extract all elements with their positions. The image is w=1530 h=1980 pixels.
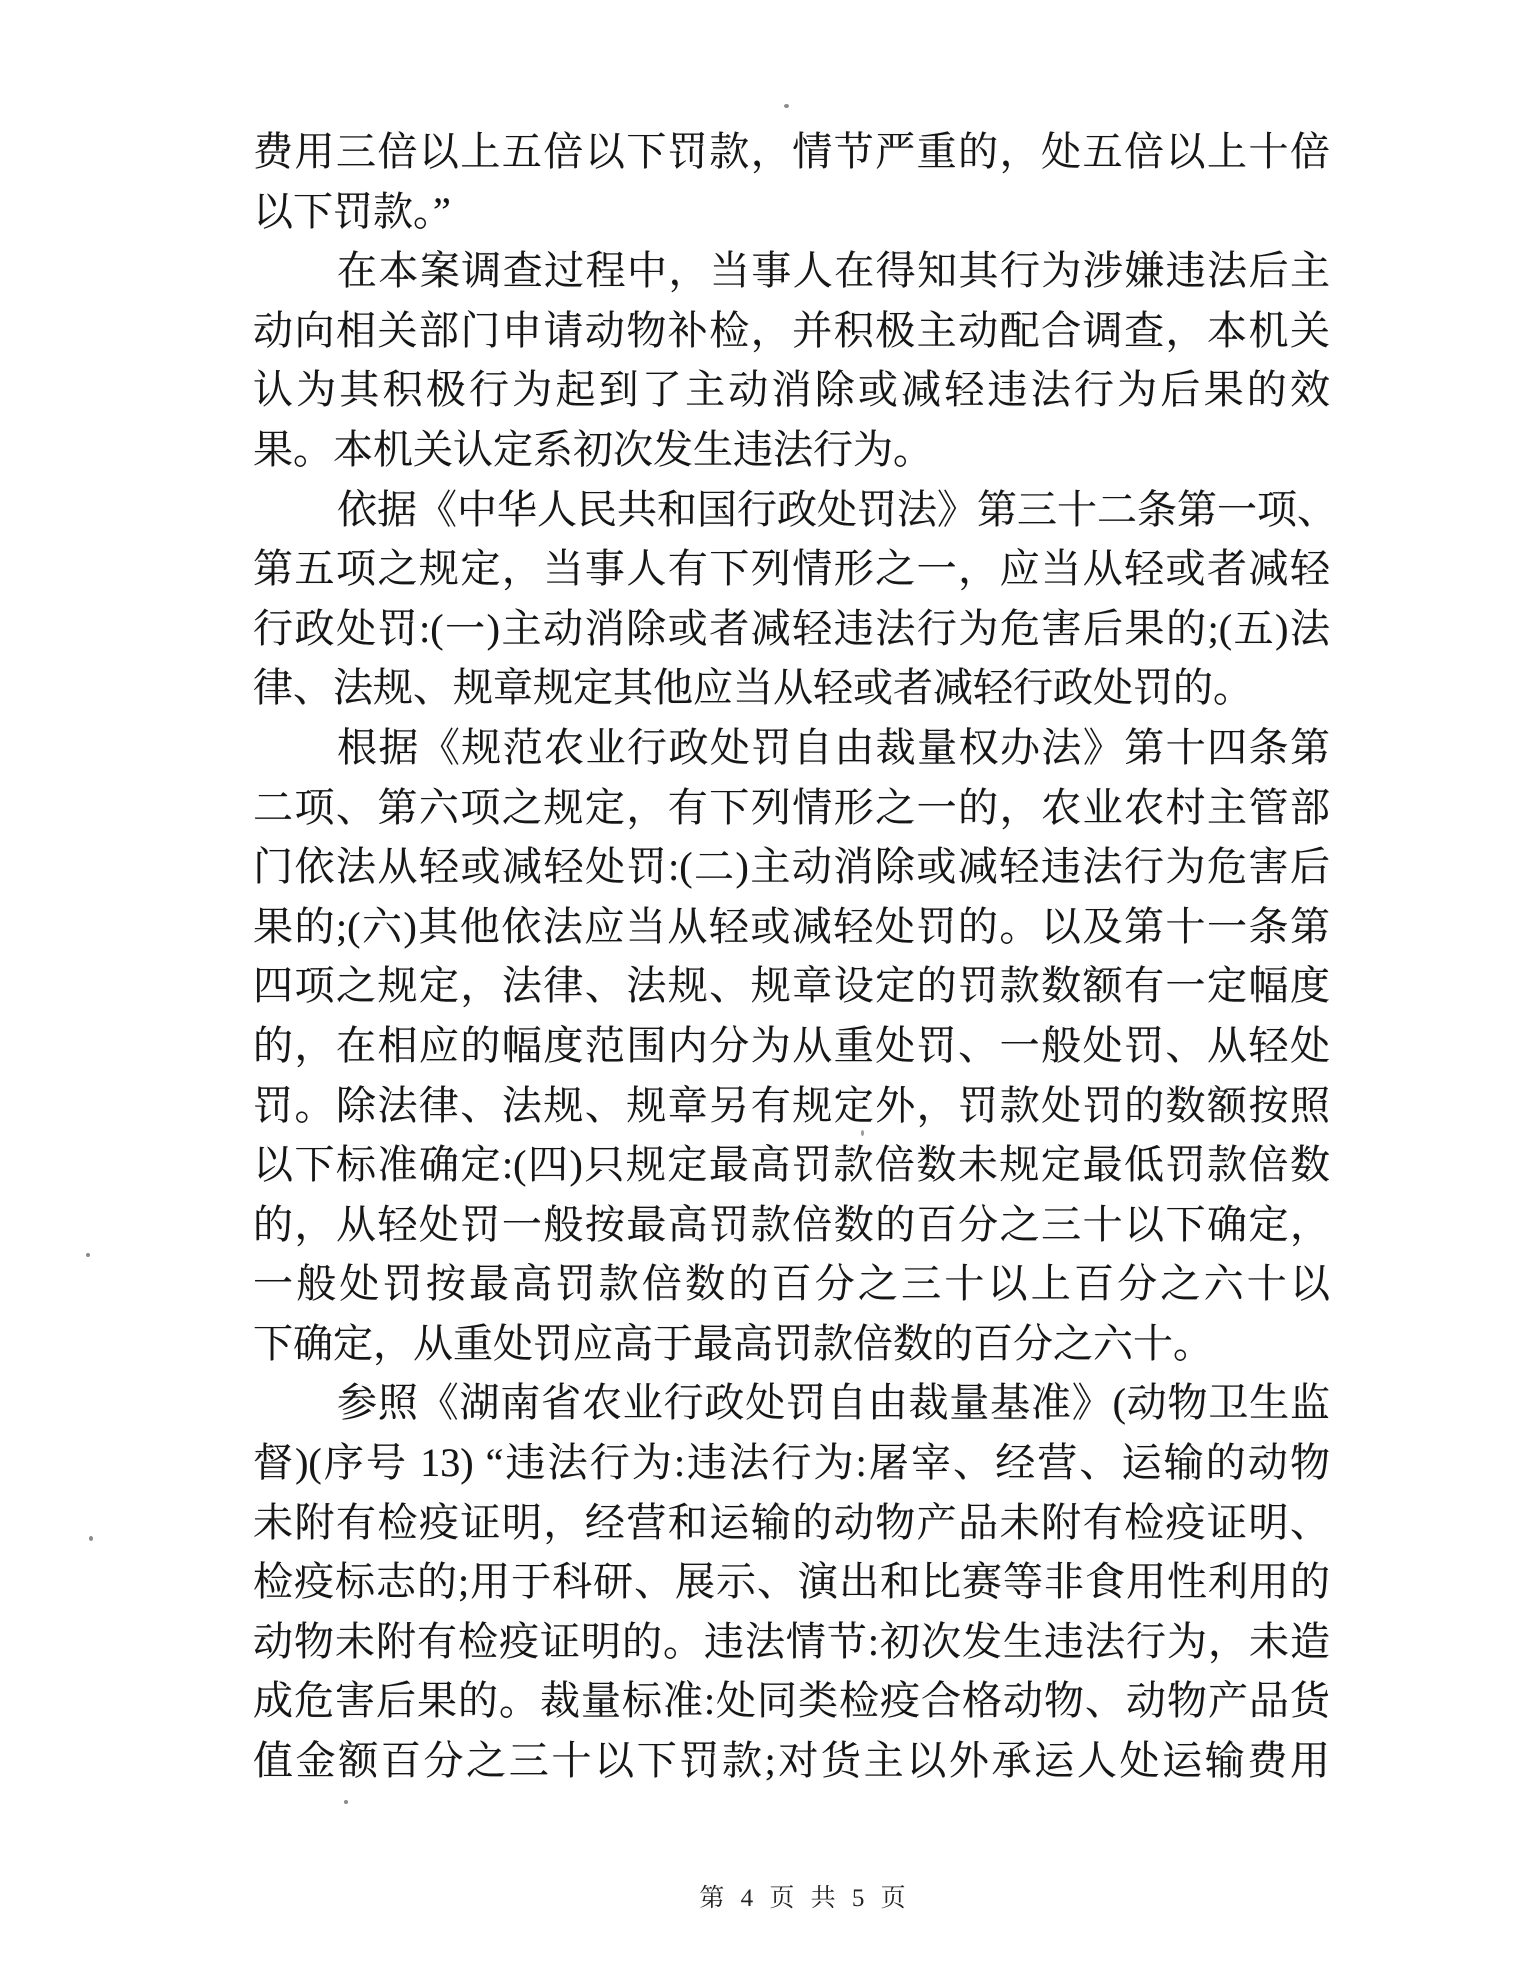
scan-speck bbox=[861, 1130, 864, 1136]
text-line: 二项、第六项之规定，有下列情形之一的，农业农村主管部 bbox=[253, 778, 1330, 838]
text-line: 动向相关部门申请动物补检，并积极主动配合调查，本机关 bbox=[253, 301, 1330, 361]
scan-speck bbox=[344, 1800, 348, 1804]
page-footer: 第 4 页 共 5 页 bbox=[0, 1878, 1530, 1914]
text-line: 的，在相应的幅度范围内分为从重处罚、一般处罚、从轻处 bbox=[253, 1016, 1330, 1076]
document-body: 费用三倍以上五倍以下罚款，情节严重的，处五倍以上十倍以下罚款。”在本案调查过程中… bbox=[253, 122, 1330, 1791]
text-line: 参照《湖南省农业行政处罚自由裁量基准》(动物卫生监 bbox=[253, 1373, 1330, 1433]
text-line: 的，从轻处罚一般按最高罚款倍数的百分之三十以下确定， bbox=[253, 1195, 1330, 1255]
text-line: 成危害后果的。裁量标准:处同类检疫合格动物、动物产品货 bbox=[253, 1671, 1330, 1731]
scan-speck bbox=[784, 104, 789, 108]
page-number-label: 第 4 页 共 5 页 bbox=[699, 1885, 908, 1912]
text-line: 值金额百分之三十以下罚款;对货主以外承运人处运输费用 bbox=[253, 1731, 1330, 1791]
text-line: 动物未附有检疫证明的。违法情节:初次发生违法行为，未造 bbox=[253, 1612, 1330, 1672]
text-line: 检疫标志的;用于科研、展示、演出和比赛等非食用性利用的 bbox=[253, 1552, 1330, 1612]
text-line: 根据《规范农业行政处罚自由裁量权办法》第十四条第 bbox=[253, 718, 1330, 778]
paragraph: 费用三倍以上五倍以下罚款，情节严重的，处五倍以上十倍以下罚款。” bbox=[253, 122, 1330, 241]
text-line: 果。本机关认定系初次发生违法行为。 bbox=[253, 420, 1330, 480]
text-line: 以下罚款。” bbox=[253, 182, 1330, 242]
text-line: 费用三倍以上五倍以下罚款，情节严重的，处五倍以上十倍 bbox=[253, 122, 1330, 182]
paragraph: 参照《湖南省农业行政处罚自由裁量基准》(动物卫生监督)(序号 13) “违法行为… bbox=[253, 1373, 1330, 1790]
text-line: 下确定，从重处罚应高于最高罚款倍数的百分之六十。 bbox=[253, 1314, 1330, 1374]
text-line: 第五项之规定，当事人有下列情形之一，应当从轻或者减轻 bbox=[253, 539, 1330, 599]
scan-speck bbox=[89, 1536, 93, 1541]
text-line: 未附有检疫证明，经营和运输的动物产品未附有检疫证明、 bbox=[253, 1493, 1330, 1553]
text-line: 行政处罚:(一)主动消除或者减轻违法行为危害后果的;(五)法 bbox=[253, 599, 1330, 659]
text-line: 以下标准确定:(四)只规定最高罚款倍数未规定最低罚款倍数 bbox=[253, 1135, 1330, 1195]
scan-speck bbox=[86, 1253, 90, 1257]
text-line: 认为其积极行为起到了主动消除或减轻违法行为后果的效 bbox=[253, 360, 1330, 420]
text-line: 依据《中华人民共和国行政处罚法》第三十二条第一项、 bbox=[253, 480, 1330, 540]
text-line: 四项之规定，法律、法规、规章设定的罚款数额有一定幅度 bbox=[253, 956, 1330, 1016]
text-line: 一般处罚按最高罚款倍数的百分之三十以上百分之六十以 bbox=[253, 1254, 1330, 1314]
text-line: 果的;(六)其他依法应当从轻或减轻处罚的。以及第十一条第 bbox=[253, 897, 1330, 957]
text-line: 督)(序号 13) “违法行为:违法行为:屠宰、经营、运输的动物 bbox=[253, 1433, 1330, 1493]
paragraph: 根据《规范农业行政处罚自由裁量权办法》第十四条第二项、第六项之规定，有下列情形之… bbox=[253, 718, 1330, 1374]
text-line: 律、法规、规章规定其他应当从轻或者减轻行政处罚的。 bbox=[253, 658, 1330, 718]
text-line: 罚。除法律、法规、规章另有规定外，罚款处罚的数额按照 bbox=[253, 1076, 1330, 1136]
scanned-document-page: 费用三倍以上五倍以下罚款，情节严重的，处五倍以上十倍以下罚款。”在本案调查过程中… bbox=[0, 0, 1530, 1980]
paragraph: 依据《中华人民共和国行政处罚法》第三十二条第一项、第五项之规定，当事人有下列情形… bbox=[253, 480, 1330, 718]
text-line: 门依法从轻或减轻处罚:(二)主动消除或减轻违法行为危害后 bbox=[253, 837, 1330, 897]
text-line: 在本案调查过程中，当事人在得知其行为涉嫌违法后主 bbox=[253, 241, 1330, 301]
paragraph: 在本案调查过程中，当事人在得知其行为涉嫌违法后主动向相关部门申请动物补检，并积极… bbox=[253, 241, 1330, 479]
